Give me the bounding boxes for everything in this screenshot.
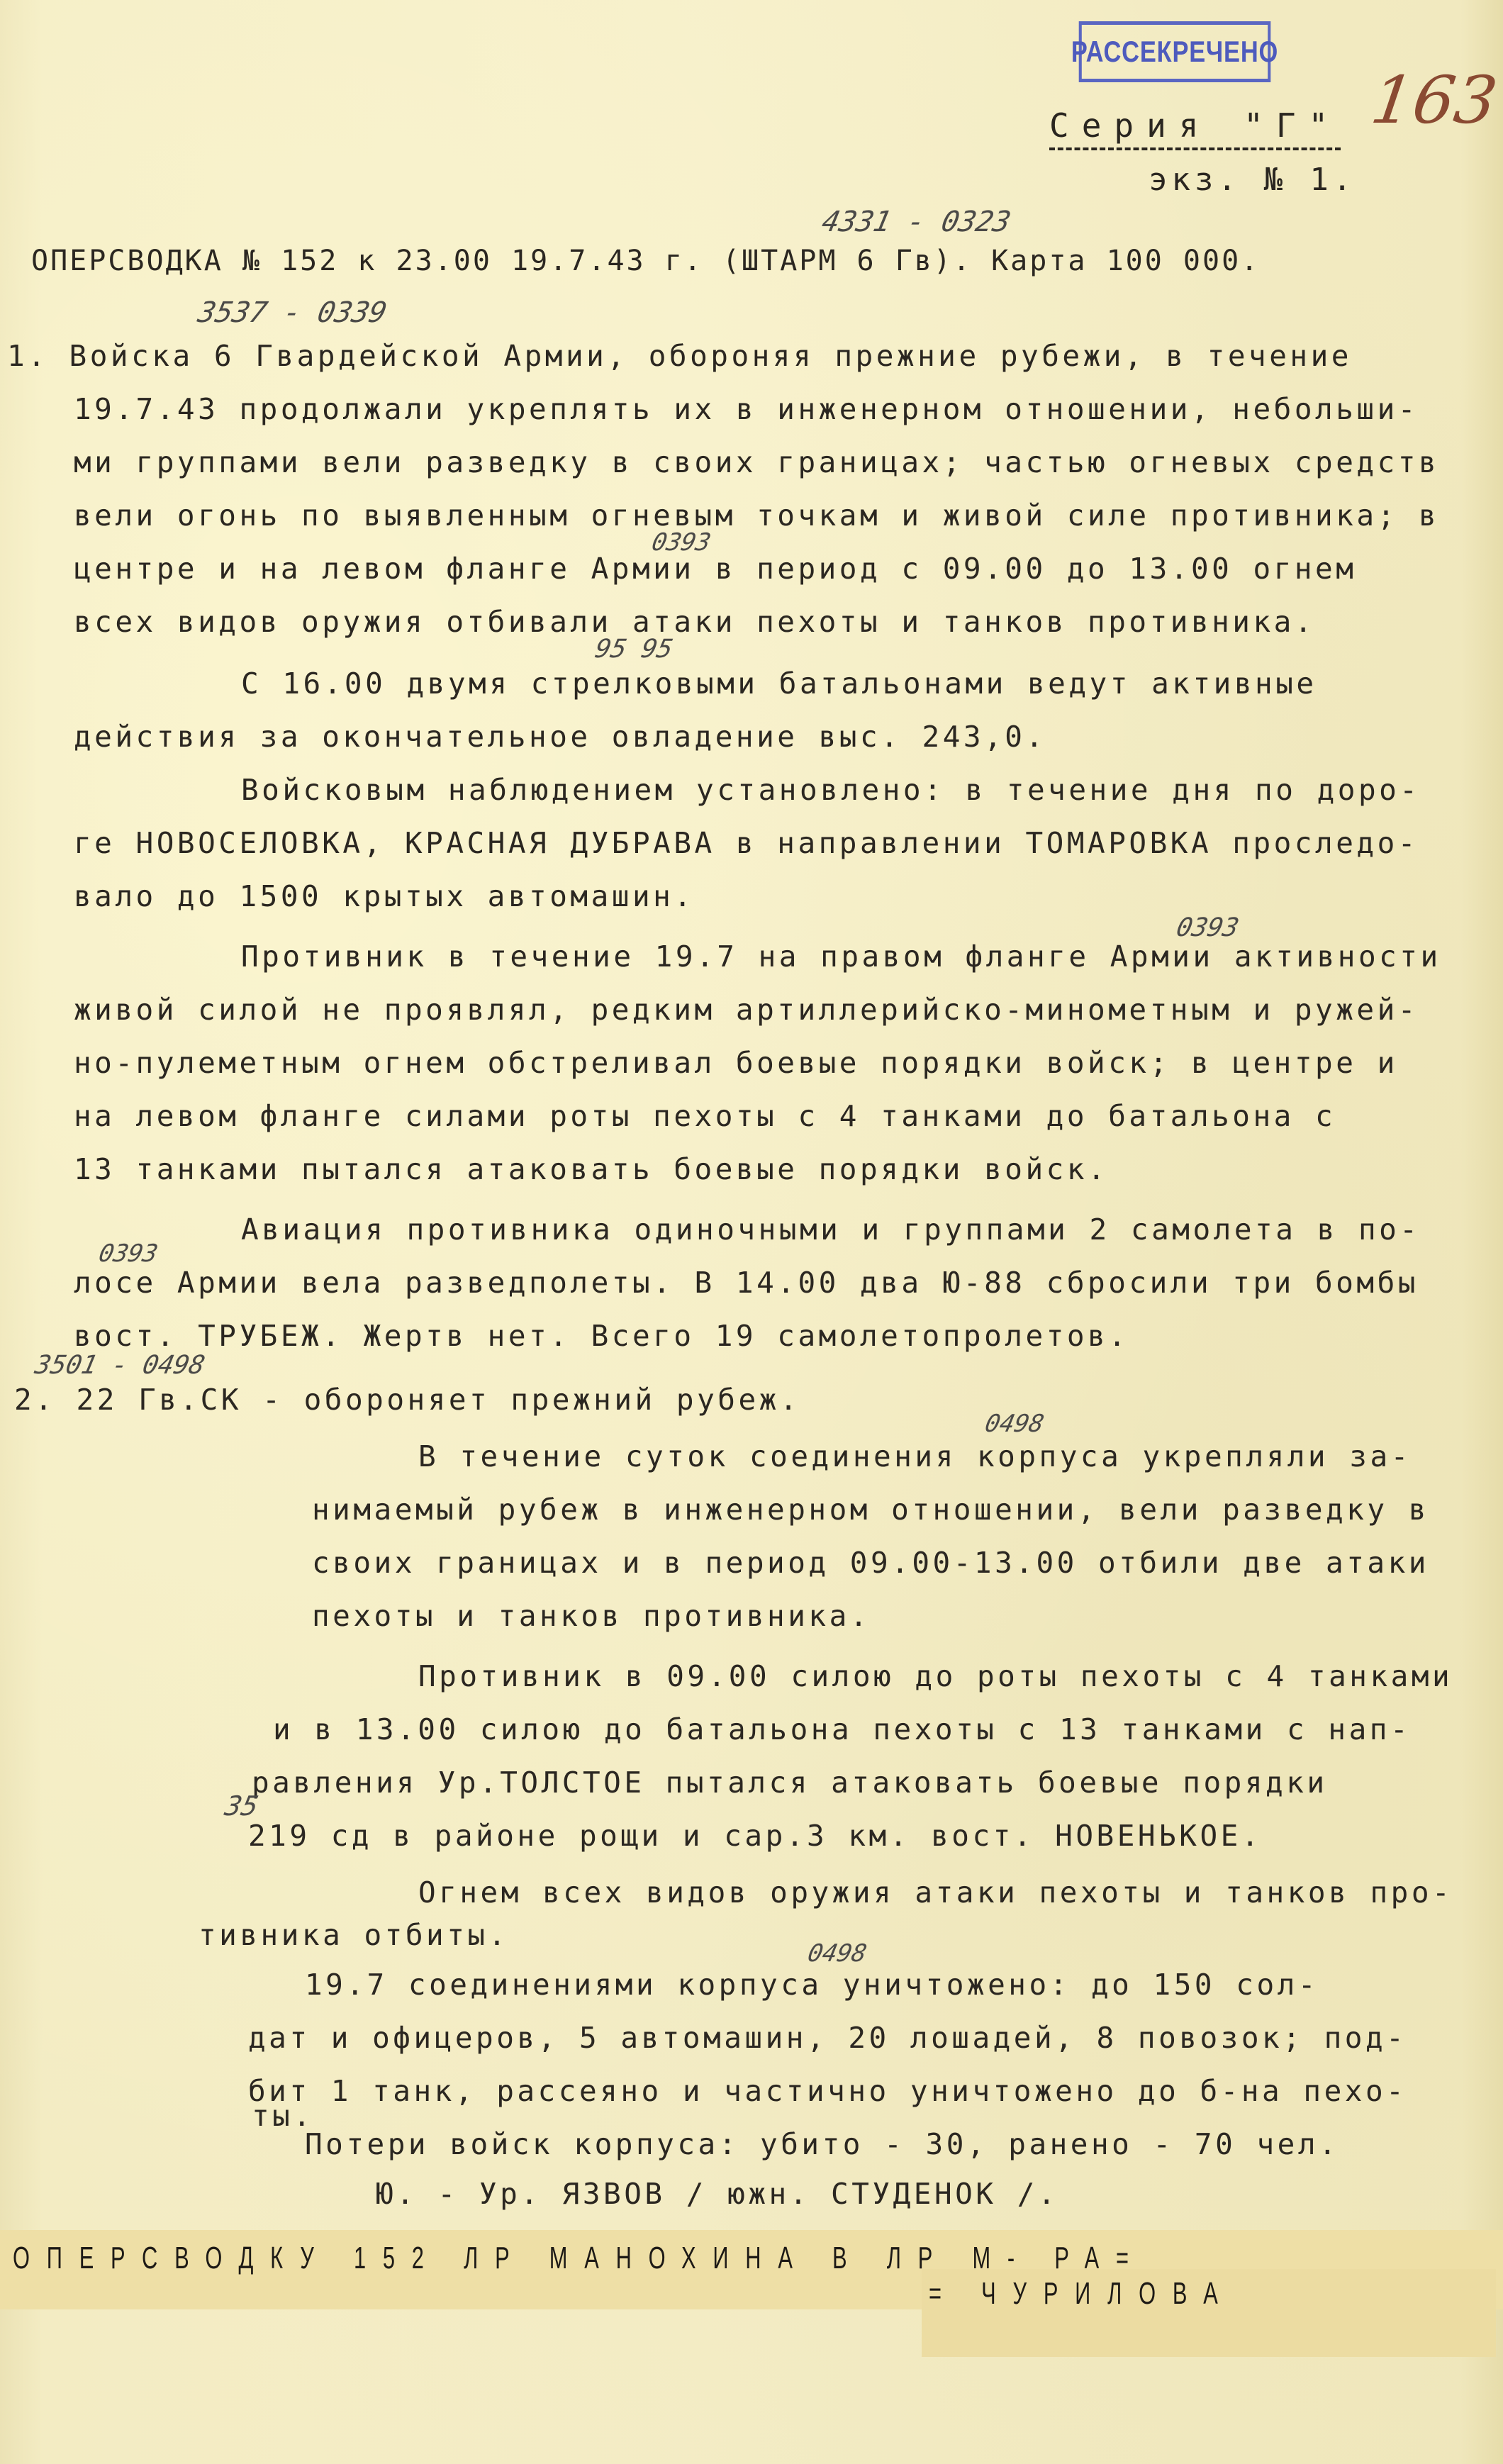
- body-line: 13 танками пытался атаковать боевые поря…: [74, 1152, 1108, 1186]
- body-line: вало до 1500 крытых автомашин.: [74, 879, 695, 913]
- body-line: Противник в течение 19.7 на правом фланг…: [241, 940, 1441, 974]
- body-line: Войсковым наблюдением установлено: в теч…: [241, 773, 1421, 807]
- body-line: вели огонь по выявленным огневым точкам …: [74, 498, 1439, 533]
- annotation-corps-22: 3501 - 0498: [33, 1351, 208, 1380]
- body-line: живой силой не проявлял, редким артиллер…: [74, 993, 1419, 1027]
- body-line: тивника отбиты.: [199, 1918, 509, 1952]
- folio-number: 163: [1366, 62, 1502, 138]
- body-line: дат и офицеров, 5 автомашин, 20 лошадей,…: [248, 2021, 1407, 2055]
- teletype-line-1: ОПЕРСВОДКУ 152 ЛР МАНОХИНА В ЛР М- РА=: [13, 2241, 1146, 2276]
- body-line: 1. Войска 6 Гвардейской Армии, обороняя …: [7, 339, 1352, 373]
- annotation-corps-strengthen: 0498: [983, 1410, 1046, 1438]
- copy-number: экз. № 1.: [1149, 162, 1356, 198]
- body-line: С 16.00 двумя стрелковыми батальонами ве…: [241, 667, 1317, 701]
- body-line: своих границах и в период 09.00-13.00 от…: [312, 1546, 1429, 1580]
- series-label: Серия "Г": [1049, 106, 1341, 150]
- title-annotation: 4331 - 0323: [819, 206, 1014, 238]
- annotation-height: 95 95: [593, 635, 676, 664]
- annotation-army-right: 0393: [1174, 913, 1241, 942]
- body-line: ми группами вели разведку в своих границ…: [74, 445, 1439, 479]
- teletype-line-2: = ЧУРИЛОВА: [929, 2276, 1235, 2312]
- body-line: равления Ур.ТОЛСТОЕ пытался атаковать бо…: [252, 1766, 1328, 1800]
- body-line: лосе Армии вела разведполеты. В 14.00 дв…: [74, 1266, 1419, 1300]
- body-line: но-пулеметным огнем обстреливал боевые п…: [74, 1046, 1398, 1080]
- body-line: нимаемый рубеж в инженерном отношении, в…: [312, 1493, 1429, 1527]
- body-line: В течение суток соединения корпуса укреп…: [418, 1439, 1412, 1473]
- body-line: Противник в 09.00 силою до роты пехоты с…: [418, 1659, 1453, 1693]
- body-line: 219 сд в районе рощи и сар.3 км. вост. Н…: [248, 1819, 1262, 1853]
- body-line: ге НОВОСЕЛОВКА, КРАСНАЯ ДУБРАВА в направ…: [74, 826, 1419, 860]
- body-line: Авиация противника одиночными и группами…: [241, 1213, 1421, 1247]
- document-page: РАССЕКРЕЧЕНО 163 Серия "Г" экз. № 1. 433…: [0, 0, 1503, 2464]
- body-line: всех видов оружия отбивали атаки пехоты …: [74, 605, 1315, 639]
- body-line: и в 13.00 силою до батальона пехоты с 13…: [273, 1712, 1411, 1746]
- body-line: пехоты и танков противника.: [312, 1599, 871, 1633]
- body-line: бит 1 танк, рассеяно и частично уничтоже…: [248, 2074, 1407, 2108]
- location-line: Ю. - Ур. ЯЗВОВ / южн. СТУДЕНОК /.: [376, 2177, 1058, 2211]
- section-2-heading: 2. 22 Гв.СК - обороняет прежний рубеж.: [14, 1383, 800, 1417]
- annotation-corps-destroyed: 0498: [805, 1939, 869, 1968]
- declassified-stamp: РАССЕКРЕЧЕНО: [1079, 21, 1271, 82]
- body-line: 19.7.43 продолжали укреплять их в инжене…: [74, 392, 1419, 426]
- body-line: Огнем всех видов оружия атаки пехоты и т…: [418, 1875, 1453, 1910]
- body-line: вост. ТРУБЕЖ. Жертв нет. Всего 19 самоле…: [74, 1319, 1129, 1353]
- losses-line: Потери войск корпуса: убито - 30, ранено…: [305, 2127, 1339, 2161]
- body-line: центре и на левом фланге Армии в период …: [74, 552, 1356, 586]
- annotation-line1: 3537 - 0339: [195, 296, 390, 329]
- annotation-army-air: 0393: [96, 1239, 160, 1268]
- annotation-division-219: 35: [222, 1790, 261, 1822]
- body-line: действия за окончательное овладение выс.…: [74, 720, 1046, 754]
- body-line: 19.7 соединениями корпуса уничтожено: до…: [305, 1968, 1319, 2002]
- body-line: на левом фланге силами роты пехоты с 4 т…: [74, 1099, 1336, 1133]
- document-title: ОПЕРСВОДКА № 152 к 23.00 19.7.43 г. (ШТА…: [31, 245, 1260, 277]
